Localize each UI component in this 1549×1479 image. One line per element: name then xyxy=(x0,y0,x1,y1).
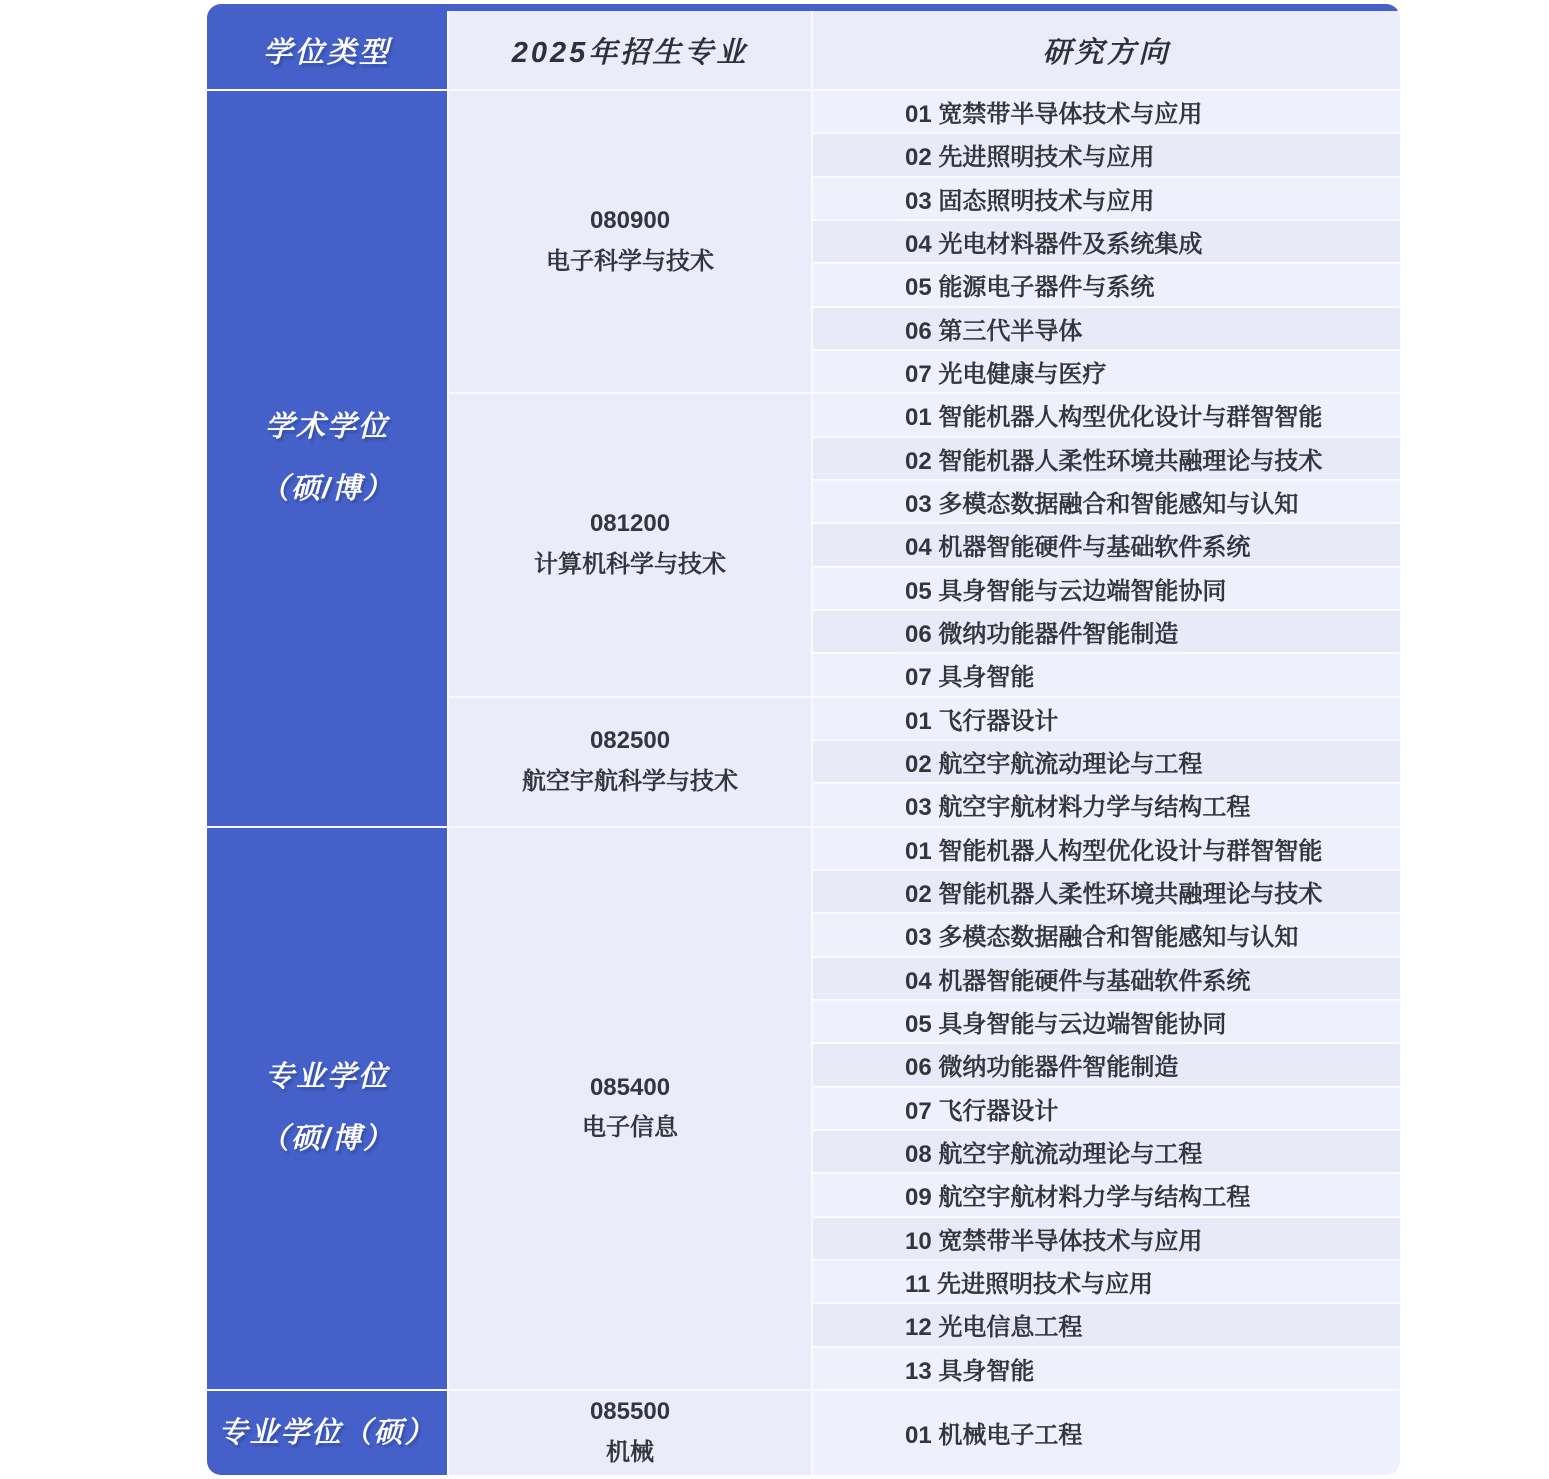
major-cell: 085400电子信息 xyxy=(449,828,811,1389)
direction-cell: 11 先进照明技术与应用 xyxy=(813,1261,1400,1302)
major-name: 航空宇航科学与技术 xyxy=(522,762,738,803)
direction-cell: 04 光电材料器件及系统集成 xyxy=(813,221,1400,262)
major-cell: 085500机械 xyxy=(449,1391,811,1475)
direction-cell: 06 第三代半导体 xyxy=(813,308,1400,349)
admissions-table: 学位类型 2025年招生专业 研究方向 学术学位（硕/博）080900电子科学与… xyxy=(207,4,1400,1475)
major-name: 计算机科学与技术 xyxy=(534,545,726,586)
major-code: 085400 xyxy=(590,1068,670,1109)
direction-cell: 04 机器智能硬件与基础软件系统 xyxy=(813,524,1400,565)
major-name: 电子科学与技术 xyxy=(546,242,714,283)
direction-cell: 02 智能机器人柔性环境共融理论与技术 xyxy=(813,438,1400,479)
direction-cell: 10 宽禁带半导体技术与应用 xyxy=(813,1218,1400,1259)
degree-type-cell: 专业学位（硕/博） xyxy=(207,828,447,1389)
major-cell: 082500航空宇航科学与技术 xyxy=(449,698,811,826)
direction-cell: 04 机器智能硬件与基础软件系统 xyxy=(813,958,1400,999)
direction-cell: 12 光电信息工程 xyxy=(813,1304,1400,1345)
degree-type-label: 专业学位（硕） xyxy=(218,1402,435,1464)
direction-cell: 09 航空宇航材料力学与结构工程 xyxy=(813,1174,1400,1215)
major-name: 电子信息 xyxy=(582,1108,678,1149)
degree-type-label: （硕/博） xyxy=(260,458,394,520)
degree-type-label: （硕/博） xyxy=(260,1108,394,1170)
direction-cell: 13 具身智能 xyxy=(813,1348,1400,1389)
direction-cell: 05 具身智能与云边端智能协同 xyxy=(813,1001,1400,1042)
direction-cell: 02 先进照明技术与应用 xyxy=(813,134,1400,175)
major-code: 081200 xyxy=(590,504,670,545)
major-name: 机械 xyxy=(606,1433,654,1474)
direction-cell: 02 航空宇航流动理论与工程 xyxy=(813,741,1400,782)
direction-cell: 01 机械电子工程 xyxy=(813,1391,1400,1475)
major-code: 082500 xyxy=(590,721,670,762)
major-cell: 080900电子科学与技术 xyxy=(449,91,811,392)
degree-type-label: 专业学位 xyxy=(265,1046,389,1108)
direction-cell: 03 固态照明技术与应用 xyxy=(813,178,1400,219)
direction-cell: 01 智能机器人构型优化设计与群智智能 xyxy=(813,828,1400,869)
direction-cell: 05 能源电子器件与系统 xyxy=(813,264,1400,305)
major-code: 080900 xyxy=(590,201,670,242)
header-degree-type: 学位类型 xyxy=(207,11,447,89)
direction-cell: 05 具身智能与云边端智能协同 xyxy=(813,568,1400,609)
admissions-grid: 学位类型 2025年招生专业 研究方向 学术学位（硕/博）080900电子科学与… xyxy=(207,11,1400,1475)
major-cell: 081200计算机科学与技术 xyxy=(449,394,811,695)
direction-cell: 08 航空宇航流动理论与工程 xyxy=(813,1131,1400,1172)
direction-cell: 01 飞行器设计 xyxy=(813,698,1400,739)
direction-cell: 02 智能机器人柔性环境共融理论与技术 xyxy=(813,871,1400,912)
degree-type-cell: 学术学位（硕/博） xyxy=(207,91,447,826)
direction-cell: 07 飞行器设计 xyxy=(813,1088,1400,1129)
direction-cell: 01 宽禁带半导体技术与应用 xyxy=(813,91,1400,132)
page: 学位类型 2025年招生专业 研究方向 学术学位（硕/博）080900电子科学与… xyxy=(0,0,1549,1479)
header-major-2025: 2025年招生专业 xyxy=(449,11,811,89)
degree-type-label: 学术学位 xyxy=(265,396,389,458)
direction-cell: 07 具身智能 xyxy=(813,654,1400,695)
direction-cell: 07 光电健康与医疗 xyxy=(813,351,1400,392)
direction-cell: 06 微纳功能器件智能制造 xyxy=(813,1044,1400,1085)
table-top-border xyxy=(207,4,1400,11)
direction-cell: 01 智能机器人构型优化设计与群智智能 xyxy=(813,394,1400,435)
direction-cell: 03 多模态数据融合和智能感知与认知 xyxy=(813,914,1400,955)
header-research-direction: 研究方向 xyxy=(813,11,1400,89)
degree-type-cell: 专业学位（硕） xyxy=(207,1391,447,1475)
direction-cell: 03 航空宇航材料力学与结构工程 xyxy=(813,784,1400,825)
direction-cell: 06 微纳功能器件智能制造 xyxy=(813,611,1400,652)
major-code: 085500 xyxy=(590,1392,670,1433)
direction-cell: 03 多模态数据融合和智能感知与认知 xyxy=(813,481,1400,522)
